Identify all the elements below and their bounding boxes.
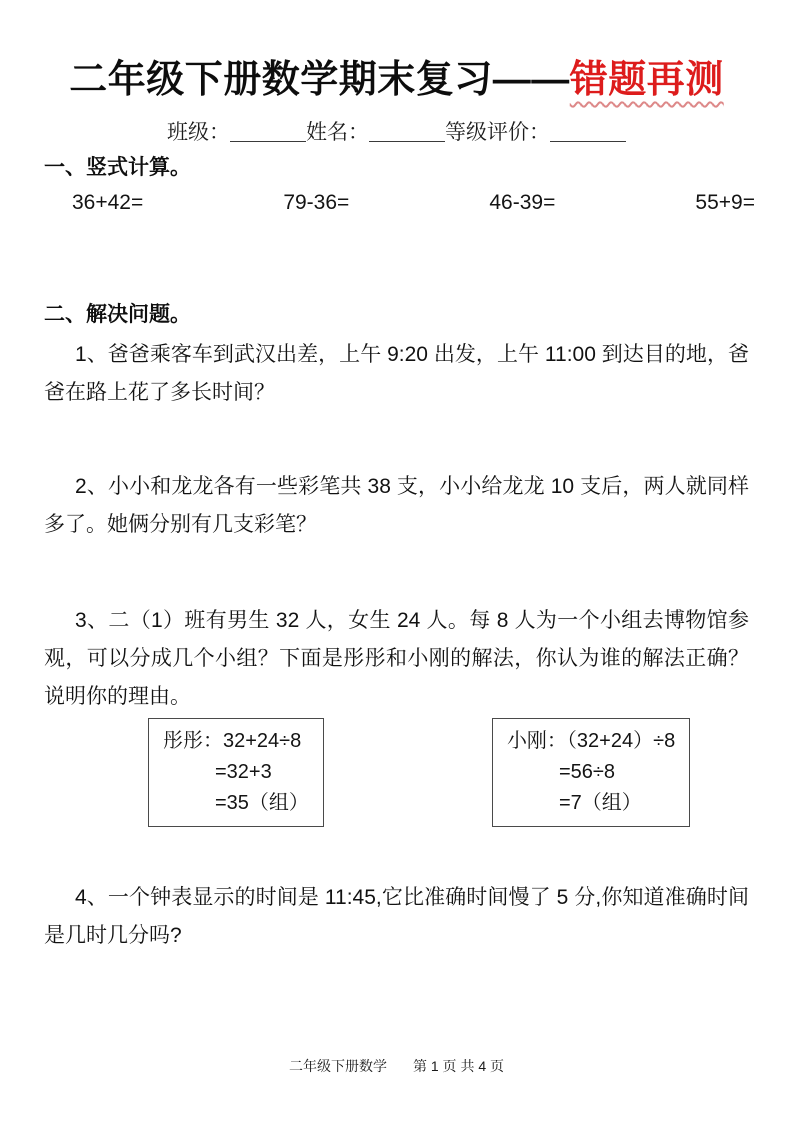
title-main-text: 二年级下册数学期末复习—— (69, 59, 570, 101)
name-label: 姓名： (306, 121, 369, 144)
solution-boxes-row: 彤彤：32+24÷8 =32+3 =35（组） 小刚：（32+24）÷8 =56… (44, 718, 749, 827)
name-fill-in-blank (369, 121, 445, 142)
class-label: 班级： (167, 121, 230, 144)
solution-line: 小刚：（32+24）÷8 (507, 726, 675, 757)
calc-problem-1: 36+42= (72, 190, 143, 216)
student-info-line: 班级：姓名：等级评价： (44, 116, 749, 146)
grade-label: 等级评价： (445, 121, 550, 144)
class-fill-in-blank (230, 121, 306, 142)
section2-heading: 二、解决问题。 (44, 302, 749, 328)
page-footer: 二年级下册数学第 1 页 共 4 页 (0, 1056, 793, 1076)
solution-box-tongtong: 彤彤：32+24÷8 =32+3 =35（组） (148, 718, 324, 827)
solution-line: =32+3 (163, 757, 309, 788)
word-problem-3: 3、二（1）班有男生 32 人，女生 24 人。每 8 人为一个小组去博物馆参观… (44, 602, 749, 716)
calc-problems-row: 36+42= 79-36= 46-39= 55+9= (72, 190, 755, 216)
solution-line: =56÷8 (507, 757, 675, 788)
word-problem-1: 1、爸爸乘客车到武汉出差，上午 9:20 出发，上午 11:00 到达目的地，爸… (44, 336, 749, 412)
footer-book-title: 二年级下册数学 (289, 1058, 387, 1074)
solution-box-xiaogang: 小刚：（32+24）÷8 =56÷8 =7（组） (492, 718, 690, 827)
solution-line: =7（组） (507, 788, 675, 819)
solution-line: 彤彤：32+24÷8 (163, 726, 309, 757)
section1-heading: 一、竖式计算。 (44, 155, 749, 181)
worksheet-page: 二年级下册数学期末复习——错题再测 班级：姓名：等级评价： 一、竖式计算。 36… (0, 0, 793, 1122)
grade-fill-in-blank (550, 121, 626, 142)
title-highlight-text: 错题再测 (570, 59, 724, 101)
solution-line: =35（组） (163, 788, 309, 819)
calc-problem-2: 79-36= (283, 190, 349, 216)
word-problem-4: 4、一个钟表显示的时间是 11:45,它比准确时间慢了 5 分,你知道准确时间是… (44, 879, 749, 955)
page-title: 二年级下册数学期末复习——错题再测 (44, 0, 749, 103)
word-problem-2: 2、小小和龙龙各有一些彩笔共 38 支，小小给龙龙 10 支后，两人就同样多了。… (44, 468, 749, 544)
calc-problem-4: 55+9= (695, 190, 755, 216)
calc-problem-3: 46-39= (489, 190, 555, 216)
footer-page-number: 第 1 页 共 4 页 (413, 1058, 504, 1074)
